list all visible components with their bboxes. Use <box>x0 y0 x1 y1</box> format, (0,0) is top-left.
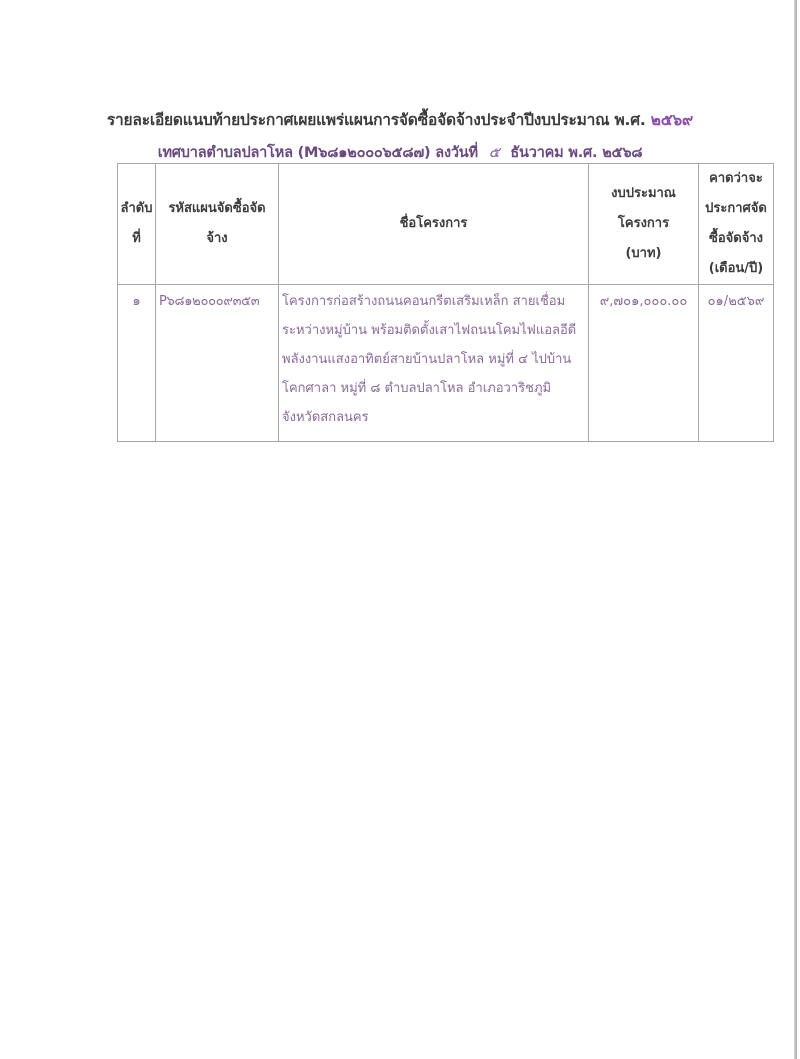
header-plan-code: รหัสแผนจัดซื้อจัด จ้าง <box>156 164 279 285</box>
header-no: ลำดับ ที่ <box>118 164 156 285</box>
document-subtitle: เทศบาลตำบลปลาโหล (M๖๘๑๒๐๐๐๖๕๘๗) ลงวันที่… <box>0 141 800 164</box>
header-expected-line1: คาดว่าจะ <box>699 164 773 194</box>
header-expected-line2: ประกาศจัด <box>699 194 773 224</box>
header-project-name: ชื่อโครงการ <box>279 164 589 285</box>
cell-month-year: ๐๑/๒๕๖๙ <box>699 285 774 442</box>
subtitle-day: ๕ <box>489 145 500 161</box>
cell-plan-code: P๖๘๑๒๐๐๐๙๓๕๓ <box>156 285 279 442</box>
header-expected-line4: (เดือน/ปี) <box>699 254 773 284</box>
header-budget-line3: (บาท) <box>589 239 698 269</box>
header-budget-line1: งบประมาณ <box>589 179 698 209</box>
title-year: ๒๕๖๙ <box>651 111 693 129</box>
cell-budget: ๙,๗๐๑,๐๐๐.๐๐ <box>589 285 699 442</box>
header-budget-line2: โครงการ <box>589 209 698 239</box>
cell-no: ๑ <box>118 285 156 442</box>
table-row: ๑ P๖๘๑๒๐๐๐๙๓๕๓ โครงการก่อสร้างถนนคอนกรีต… <box>118 285 774 442</box>
header-plan-code-line2: จ้าง <box>156 224 278 254</box>
subtitle-year: ๒๕๖๘ <box>602 145 642 161</box>
table-header-row: ลำดับ ที่ รหัสแผนจัดซื้อจัด จ้าง ชื่อโคร… <box>118 164 774 285</box>
cell-project-name: โครงการก่อสร้างถนนคอนกรีตเสริมเหล็ก สายเ… <box>279 285 589 442</box>
header-budget: งบประมาณ โครงการ (บาท) <box>589 164 699 285</box>
header-expected-month: คาดว่าจะ ประกาศจัด ซื้อจัดจ้าง (เดือน/ปี… <box>699 164 774 285</box>
subtitle-month: ธันวาคม พ.ศ. <box>510 145 597 161</box>
header-project-name-line1: ชื่อโครงการ <box>279 209 588 239</box>
header-no-line1: ลำดับ <box>118 194 155 224</box>
header-expected-line3: ซื้อจัดจ้าง <box>699 224 773 254</box>
subtitle-org: เทศบาลตำบลปลาโหล (M๖๘๑๒๐๐๐๖๕๘๗) ลงวันที่ <box>158 145 478 161</box>
procurement-plan-table: ลำดับ ที่ รหัสแผนจัดซื้อจัด จ้าง ชื่อโคร… <box>117 163 774 442</box>
header-plan-code-line1: รหัสแผนจัดซื้อจัด <box>156 194 278 224</box>
header-no-line2: ที่ <box>118 224 155 254</box>
title-text: รายละเอียดแนบท้ายประกาศเผยแพร่แผนการจัดซ… <box>107 111 646 129</box>
document-title: รายละเอียดแนบท้ายประกาศเผยแพร่แผนการจัดซ… <box>0 107 800 132</box>
